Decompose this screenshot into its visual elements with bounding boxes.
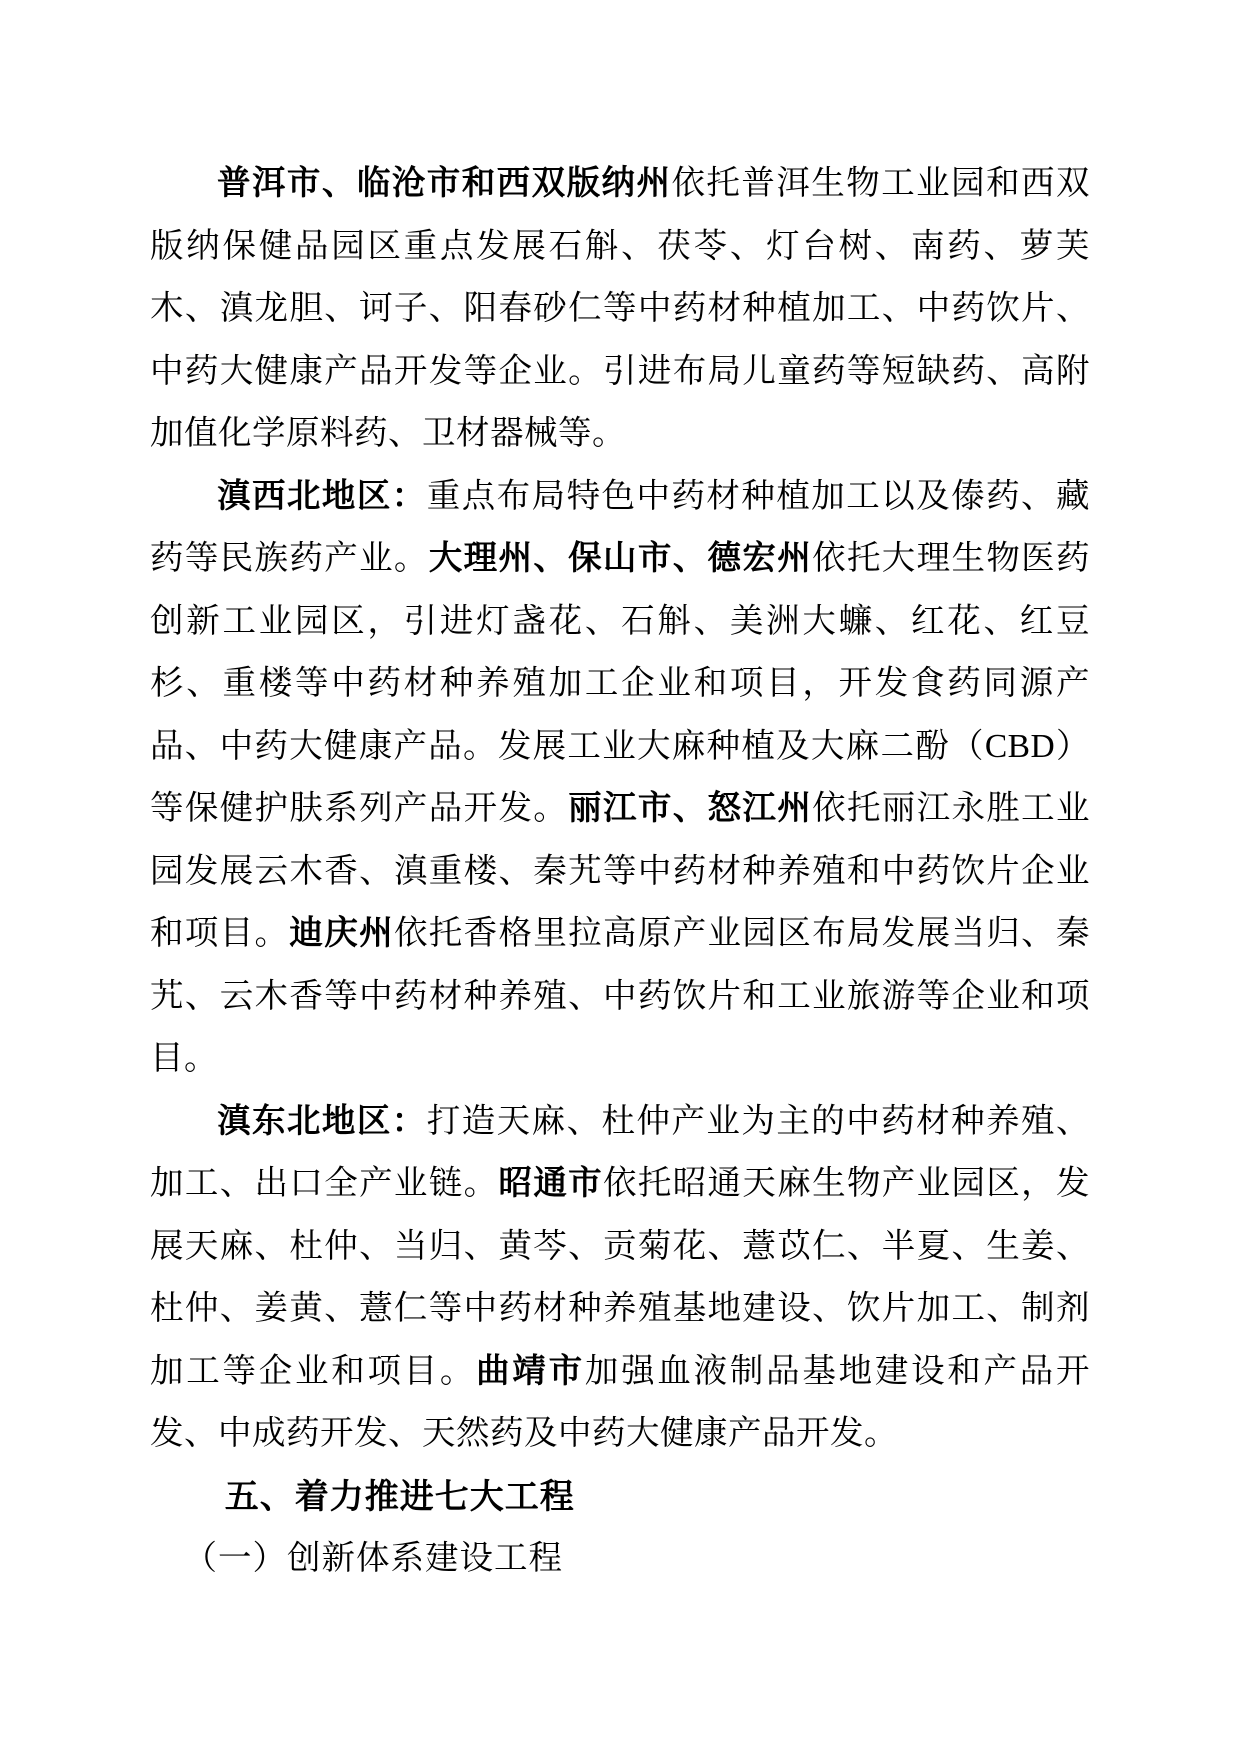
paragraph: 滇东北地区：打造天麻、杜仲产业为主的中药材种养殖、加工、出口全产业链。昭通市依托…	[150, 1091, 1090, 1466]
section-heading: 五、着力推进七大工程	[150, 1466, 1090, 1529]
text-segment: 依托大理生物医药创新工业园区，引进灯盏花、石斛、美洲大蠊、红花、红豆杉、重楼等中…	[150, 540, 1090, 827]
bold-text-segment: 大理州、保山市、德宏州	[429, 540, 812, 577]
text-segment: （一）创新体系建设工程	[184, 1540, 564, 1577]
subsection-heading: （一）创新体系建设工程	[150, 1528, 1090, 1591]
document-body: 普洱市、临沧市和西双版纳州依托普洱生物工业园和西双版纳保健品园区重点发展石斛、茯…	[150, 153, 1090, 1591]
bold-text-segment: 五、着力推进七大工程	[225, 1478, 575, 1516]
document-page: 普洱市、临沧市和西双版纳州依托普洱生物工业园和西双版纳保健品园区重点发展石斛、茯…	[0, 0, 1240, 1754]
bold-text-segment: 丽江市、怒江州	[568, 790, 812, 827]
bold-text-segment: 普洱市、临沧市和西双版纳州	[217, 165, 671, 202]
bold-text-segment: 滇西北地区：	[217, 478, 427, 515]
bold-text-segment: 昭通市	[498, 1165, 603, 1202]
bold-text-segment: 曲靖市	[476, 1353, 585, 1390]
bold-text-segment: 滇东北地区：	[217, 1103, 427, 1140]
text-segment: 依托普洱生物工业园和西双版纳保健品园区重点发展石斛、茯苓、灯台树、南药、萝芙木、…	[150, 165, 1090, 452]
paragraph: 普洱市、临沧市和西双版纳州依托普洱生物工业园和西双版纳保健品园区重点发展石斛、茯…	[150, 153, 1090, 466]
paragraph: 滇西北地区：重点布局特色中药材种植加工以及傣药、藏药等民族药产业。大理州、保山市…	[150, 466, 1090, 1091]
bold-text-segment: 迪庆州	[289, 915, 394, 952]
